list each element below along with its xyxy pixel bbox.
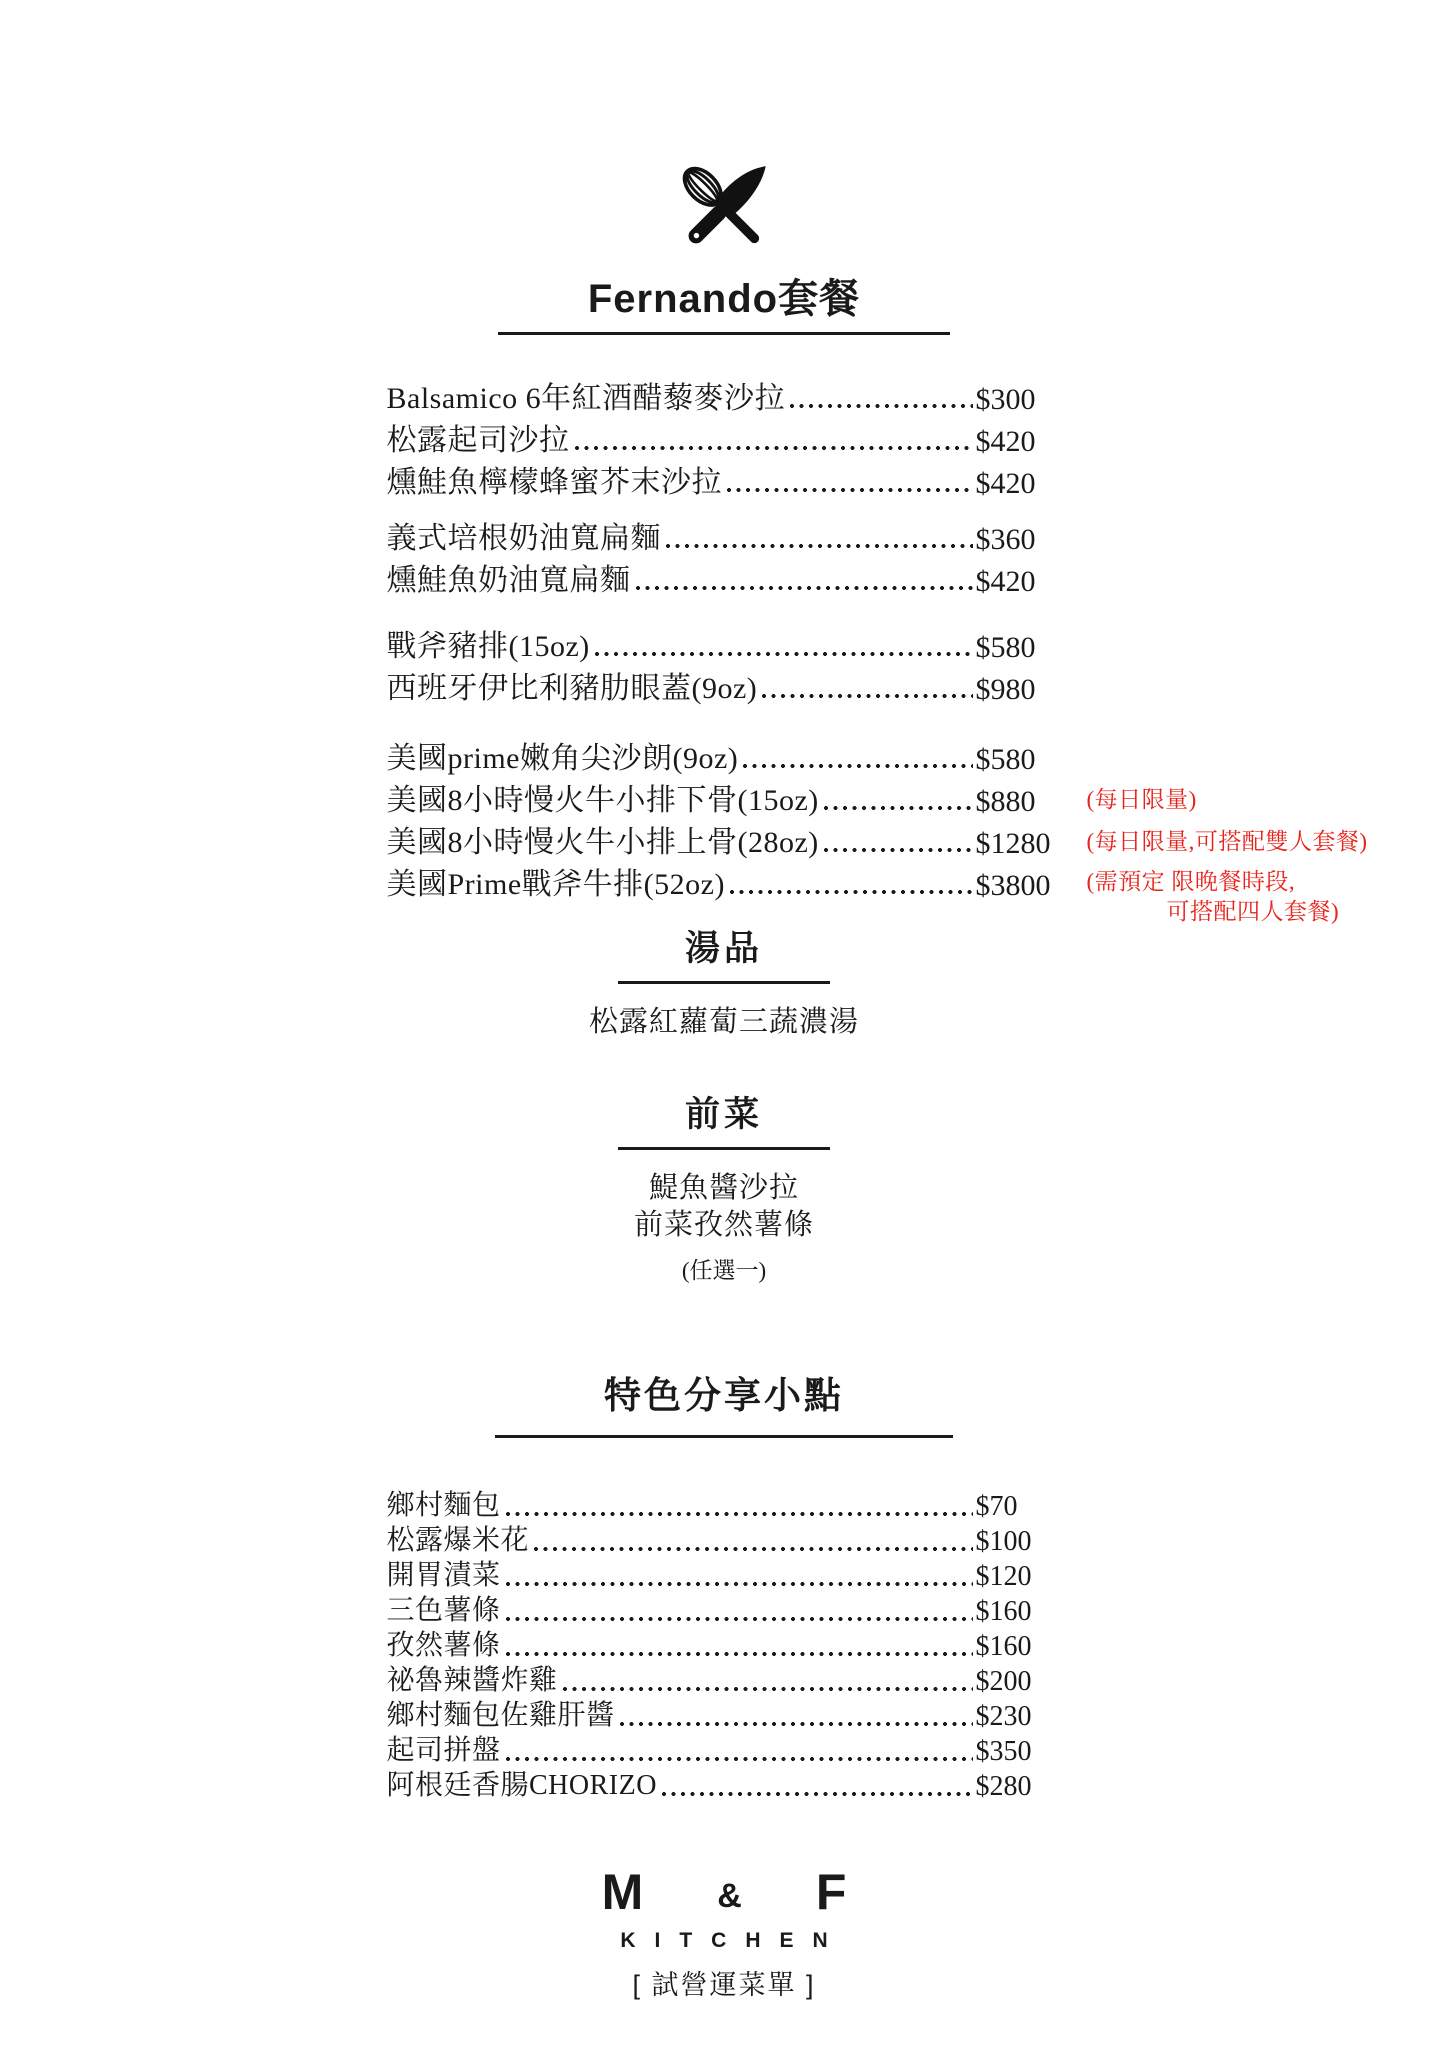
menu-item-price: $200: [976, 1666, 1062, 1698]
course-sections: 湯品松露紅蘿蔔三蔬濃湯前菜鯷魚醬沙拉前菜孜然薯條(任選一): [0, 929, 1448, 1285]
menu-item-price: $420: [976, 425, 1062, 459]
menu-item-name: 起司拼盤: [387, 1728, 501, 1768]
menu-item-row: 美國prime嫩角尖沙朗(9oz)$580: [387, 735, 1062, 777]
menu-item-row: 美國8小時慢火牛小排上骨(28oz)$1280(每日限量,可搭配雙人套餐): [387, 819, 1062, 861]
menu-item-price: $300: [976, 383, 1062, 417]
dotted-leader: [506, 1581, 973, 1587]
menu-item-name: 松露爆米花: [387, 1518, 530, 1558]
sharing-section-title: 特色分享小點: [0, 1373, 1448, 1419]
section-title: 湯品: [0, 929, 1448, 969]
brand-letter: &: [717, 1879, 742, 1917]
dotted-leader: [534, 1546, 972, 1552]
menu-item-price: $880: [976, 785, 1062, 819]
reservation-note-line: 可搭配四人套餐): [1087, 897, 1340, 927]
section-items: 鯷魚醬沙拉前菜孜然薯條: [0, 1170, 1448, 1244]
brand-letter: M: [602, 1867, 644, 1917]
menu-item-name: 祕魯辣醬炸雞: [387, 1658, 558, 1698]
menu-item-row: 燻鮭魚奶油寬扁麵$420: [387, 557, 1062, 599]
dotted-leader: [563, 1686, 973, 1692]
menu-item-price: $580: [976, 631, 1062, 665]
dotted-leader: [730, 889, 973, 895]
sharing-items: 鄉村麵包$70松露爆米花$100開胃漬菜$120三色薯條$160孜然薯條$160…: [387, 1488, 1062, 1803]
dotted-leader: [620, 1721, 973, 1727]
reservation-note: (需預定 限晚餐時段,可搭配四人套餐): [1087, 867, 1340, 927]
dotted-leader: [506, 1511, 973, 1517]
whisk-and-knife-crossed-icon: [658, 148, 790, 268]
menu-item-name: 鄉村麵包: [387, 1483, 501, 1523]
menu-item-price: $3800: [976, 869, 1062, 903]
sharing-title-underline: [495, 1435, 953, 1438]
title-underline: [498, 332, 950, 335]
sharing-section: 特色分享小點 鄉村麵包$70松露爆米花$100開胃漬菜$120三色薯條$160孜…: [0, 1373, 1448, 1803]
menu-item-price: $70: [976, 1491, 1062, 1523]
dotted-leader: [790, 403, 972, 409]
menu-item-row: 西班牙伊比利豬肋眼蓋(9oz)$980: [387, 665, 1062, 707]
limited-availability-note: (每日限量): [1087, 786, 1197, 814]
menu-item-name: 開胃漬菜: [387, 1553, 501, 1593]
menu-item-name: 三色薯條: [387, 1588, 501, 1628]
reservation-note-line: (需預定 限晚餐時段,: [1087, 867, 1340, 897]
menu-item-price: $350: [976, 1736, 1062, 1768]
menu-item-price: $420: [976, 565, 1062, 599]
brand-subtitle: KITCHEN: [0, 1929, 1448, 1953]
menu-item-price: $100: [976, 1526, 1062, 1558]
dotted-leader: [662, 1791, 973, 1797]
menu-item-price: $230: [976, 1701, 1062, 1733]
soft-opening-tagline: [ 試營運菜單 ]: [0, 1963, 1448, 2002]
course-item-name: 鯷魚醬沙拉: [0, 1170, 1448, 1207]
dotted-leader: [762, 693, 972, 699]
section-title-underline: [618, 1147, 830, 1150]
dotted-leader: [824, 805, 973, 811]
menu-item-name: 美國8小時慢火牛小排下骨(15oz): [387, 775, 819, 819]
section-items: 松露紅蘿蔔三蔬濃湯: [0, 1004, 1448, 1041]
menu-item-price: $580: [976, 743, 1062, 777]
menu-item-row: 美國8小時慢火牛小排下骨(15oz)$880(每日限量): [387, 777, 1062, 819]
dotted-leader: [636, 585, 973, 591]
menu-group: 義式培根奶油寬扁麵$360燻鮭魚奶油寬扁麵$420: [387, 515, 1062, 599]
menu-item-price: $120: [976, 1561, 1062, 1593]
dotted-leader: [506, 1651, 973, 1657]
dotted-leader: [575, 445, 973, 451]
menu-item-name: 燻鮭魚檸檬蜂蜜芥末沙拉: [387, 457, 723, 501]
menu-item-name: 義式培根奶油寬扁麵: [387, 513, 662, 557]
menu-group: 戰斧豬排(15oz)$580西班牙伊比利豬肋眼蓋(9oz)$980: [387, 623, 1062, 707]
menu-item-row: 松露起司沙拉$420: [387, 417, 1062, 459]
menu-item-price: $1280: [976, 827, 1062, 861]
menu-item-price: $980: [976, 673, 1062, 707]
dotted-leader: [506, 1756, 973, 1762]
brand-letter: F: [816, 1867, 847, 1917]
menu-item-name: 美國8小時慢火牛小排上骨(28oz): [387, 817, 819, 861]
menu-item-price: $280: [976, 1771, 1062, 1803]
menu-item-price: $160: [976, 1631, 1062, 1663]
menu-item-name: Balsamico 6年紅酒醋藜麥沙拉: [387, 373, 786, 417]
menu-item-price: $360: [976, 523, 1062, 557]
limited-availability-note: (每日限量,可搭配雙人套餐): [1087, 828, 1368, 856]
menu-item-price: $160: [976, 1596, 1062, 1628]
menu-item-name: 戰斧豬排(15oz): [387, 621, 590, 665]
section-title-underline: [618, 981, 830, 984]
menu-item-price: $420: [976, 467, 1062, 501]
course-item-name: 前菜孜然薯條: [0, 1207, 1448, 1244]
set-menu-title: Fernando套餐: [0, 276, 1448, 322]
menu-group: Balsamico 6年紅酒醋藜麥沙拉$300松露起司沙拉$420燻鮭魚檸檬蜂蜜…: [387, 375, 1062, 501]
menu-item-name: 燻鮭魚奶油寬扁麵: [387, 555, 631, 599]
menu-item-row: 燻鮭魚檸檬蜂蜜芥末沙拉$420: [387, 459, 1062, 501]
course-section: 前菜鯷魚醬沙拉前菜孜然薯條(任選一): [0, 1095, 1448, 1285]
brand-letters: M&F: [0, 1867, 1448, 1917]
menu-item-name: 松露起司沙拉: [387, 415, 570, 459]
section-title: 前菜: [0, 1095, 1448, 1135]
choose-one-note: (任選一): [0, 1252, 1448, 1285]
dotted-leader: [824, 847, 973, 853]
footer-brand: M&F KITCHEN [ 試營運菜單 ]: [0, 1867, 1448, 2002]
menu-item-name: 鄉村麵包佐雞肝醬: [387, 1693, 615, 1733]
dotted-leader: [743, 763, 972, 769]
dotted-leader: [595, 651, 973, 657]
menu-item-row: 阿根廷香腸CHORIZO$280: [387, 1768, 1062, 1803]
menu-item-name: 美國prime嫩角尖沙朗(9oz): [387, 733, 739, 777]
menu-item-name: 西班牙伊比利豬肋眼蓋(9oz): [387, 663, 758, 707]
menu-item-row: 美國Prime戰斧牛排(52oz)$3800(需預定 限晚餐時段,可搭配四人套餐…: [387, 861, 1062, 903]
menu-group: 美國prime嫩角尖沙朗(9oz)$580美國8小時慢火牛小排下骨(15oz)$…: [387, 735, 1062, 903]
menu-item-name: 美國Prime戰斧牛排(52oz): [387, 859, 725, 903]
set-menu-groups: Balsamico 6年紅酒醋藜麥沙拉$300松露起司沙拉$420燻鮭魚檸檬蜂蜜…: [387, 375, 1062, 903]
menu-item-row: 義式培根奶油寬扁麵$360: [387, 515, 1062, 557]
menu-item-name: 阿根廷香腸CHORIZO: [387, 1763, 657, 1803]
course-item-name: 松露紅蘿蔔三蔬濃湯: [0, 1004, 1448, 1041]
menu-item-row: Balsamico 6年紅酒醋藜麥沙拉$300: [387, 375, 1062, 417]
menu-item-name: 孜然薯條: [387, 1623, 501, 1663]
dotted-leader: [727, 487, 973, 493]
course-section: 湯品松露紅蘿蔔三蔬濃湯: [0, 929, 1448, 1041]
dotted-leader: [666, 543, 973, 549]
dotted-leader: [506, 1616, 973, 1622]
menu-item-row: 戰斧豬排(15oz)$580: [387, 623, 1062, 665]
